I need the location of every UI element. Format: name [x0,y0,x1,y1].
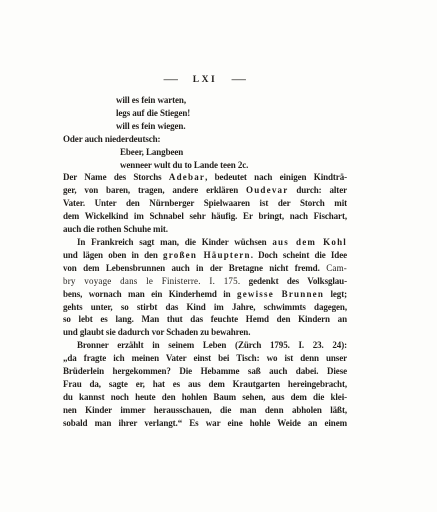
text-line: du kannst noch heute den hohlen Baum seh… [63,391,347,404]
verse-line: Ebeer, Langbeen [120,146,347,159]
text-line: sobald man ihrer verlangt.“ Es war eine … [63,417,347,430]
text-line: In Frankreich sagt man, die Kinder wüchs… [63,236,347,249]
text-line: Brüderlein hergekommen? Die Hebamme saß … [63,365,347,378]
text-line: Frau da, sagte er, hat es aus dem Krautg… [63,378,347,391]
text-line: auch die rothen Schuhe mit. [63,223,347,236]
text-line: von dem Lebensbrunnen auch in der Bretag… [63,262,347,275]
letterspaced-text: gewisse Brunnen [237,289,324,299]
text-line: Bronner erzählt in seinem Leben (Zürch 1… [63,339,347,352]
text-line: dem Wickelkind im Schnabel sehr häufig. … [63,210,347,223]
text-line: bry voyage dans le Finisterre. I. 175. g… [63,275,347,288]
letterspaced-text: Oudevar [246,185,288,195]
header-dash-right: — [232,74,246,87]
text-line: ger, von baren, tragen, andere erklären … [63,184,347,197]
text-line: Oder auch niederdeutsch: [63,133,347,146]
text-line: Vater. Unter den Nürnberger Spielwaaren … [63,197,347,210]
text-line: und lägen oben in den großen Häuptern. D… [63,249,347,262]
text-line: „da fragte ich meinen Vater einst bei Ti… [63,352,347,365]
verse-line: will es fein wiegen. [116,120,347,133]
letterspaced-text: Adebar [169,172,205,182]
verse-line: wenneer wult du to Lande teen 2c. [120,159,347,172]
text-line: bens, wornach man ein Kinderhemd in gewi… [63,288,347,301]
page-header: —LXI— [0,74,410,87]
text-line: gehts unter, so stirbt das Kind im Jahre… [63,301,347,314]
verse-line: will es fein warten, [116,94,347,107]
antiqua-citation: bry voyage dans le Finisterre. I. 175. [63,276,240,286]
text-line: nen Kinder immer herausschauen, die man … [63,404,347,417]
text-line: und glaubt sie dadurch vor Schaden zu be… [63,326,347,339]
antiqua-citation: Cam- [326,263,347,273]
text-line: so lebt es lang. Man thut das feuchte He… [63,313,347,326]
header-dash-left: — [164,74,178,87]
page-text: will es fein warten,legs auf die Stiegen… [63,94,347,430]
text-line: Der Name des Storchs Adebar, bedeutet na… [63,171,347,184]
book-page-scan: —LXI— will es fein warten,legs auf die S… [0,0,437,512]
page-number: LXI [193,75,217,85]
letterspaced-text: aus dem Kohl [272,237,347,247]
verse-line: legs auf die Stiegen! [116,107,347,120]
letterspaced-text: großen Häuptern [163,250,251,260]
